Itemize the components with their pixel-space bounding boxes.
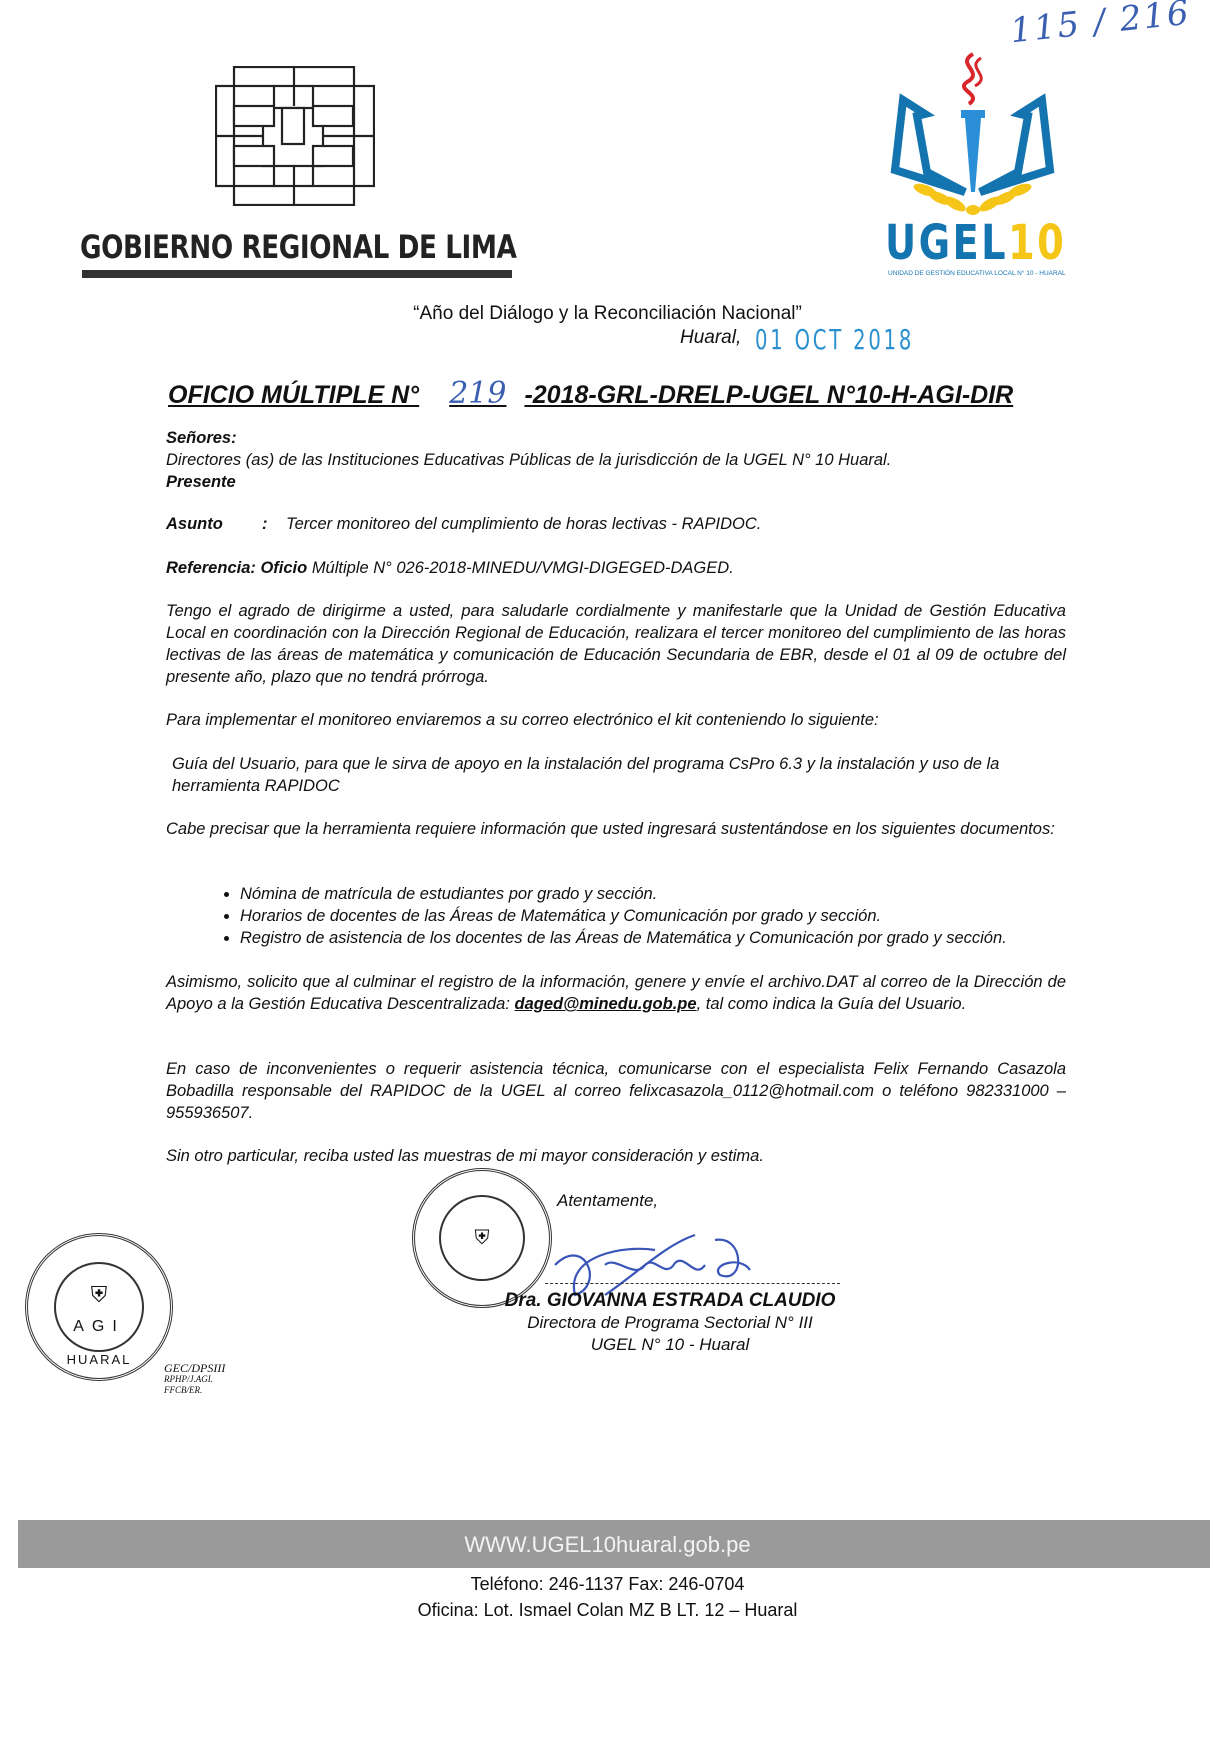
ugel-logo-wordmark: UGEL10 bbox=[885, 215, 1066, 271]
signatory-org: UGEL N° 10 - Huaral bbox=[480, 1334, 860, 1356]
agi-seal-coat-of-arms-icon: ⛨ bbox=[28, 1282, 170, 1308]
reference-initials-line: GEC/DPSIII bbox=[164, 1362, 225, 1374]
ugel-book-torch-logo-icon bbox=[885, 52, 1060, 217]
oficio-handwritten-number: 219 bbox=[449, 376, 506, 411]
agi-seal-icon: ⛨ AGI HUARAL bbox=[25, 1233, 173, 1381]
closing-salutation: Atentamente, bbox=[557, 1190, 757, 1212]
paragraph-guide: Guía del Usuario, para que le sirva de a… bbox=[172, 753, 1066, 797]
paragraph-closing: Sin otro particular, reciba usted las mu… bbox=[166, 1145, 1066, 1167]
referencia-text: Múltiple N° 026-2018-MINEDU/VMGI-DIGEGED… bbox=[312, 559, 734, 577]
signatory-title: Directora de Programa Sectorial N° III bbox=[480, 1312, 860, 1334]
reference-initials-line: FFCB/ER. bbox=[164, 1385, 225, 1396]
ugel-wordmark-part1: UGEL bbox=[885, 215, 1008, 271]
gobierno-regional-title: GOBIERNO REGIONAL DE LIMA bbox=[80, 228, 516, 266]
submit-text-after: , tal como indica la Guía del Usuario. bbox=[697, 995, 967, 1013]
oficio-prefix: OFICIO MÚLTIPLE N° bbox=[168, 381, 419, 409]
document-title: OFICIO MÚLTIPLE N°219-2018-GRL-DRELP-UGE… bbox=[168, 376, 1013, 411]
daged-email-link[interactable]: daged@minedu.gob.pe bbox=[515, 995, 697, 1013]
signature-block: Dra. GIOVANNA ESTRADA CLAUDIO Directora … bbox=[480, 1290, 860, 1356]
paragraph-kit: Para implementar el monitoreo enviaremos… bbox=[166, 709, 1066, 731]
agi-seal-center: AGI bbox=[28, 1318, 170, 1336]
footer-phone: Teléfono: 246-1137 Fax: 246-0704 bbox=[0, 1574, 1215, 1595]
date-stamp: 01 OCT 2018 bbox=[755, 323, 914, 356]
signatory-name: Dra. GIOVANNA ESTRADA CLAUDIO bbox=[480, 1290, 860, 1312]
year-motto: “Año del Diálogo y la Reconciliación Nac… bbox=[0, 303, 1215, 325]
recipients-block: Señores: Directores (as) de las Instituc… bbox=[166, 427, 1066, 493]
reference-initials: GEC/DPSIII RPHP/J.AGI. FFCB/ER. bbox=[164, 1362, 225, 1396]
asunto-block: Asunto:Tercer monitoreo del cumplimiento… bbox=[166, 513, 1066, 535]
footer-office: Oficina: Lot. Ismael Colan MZ B LT. 12 –… bbox=[0, 1600, 1215, 1621]
list-item: Horarios de docentes de las Áreas de Mat… bbox=[240, 905, 1066, 927]
list-item: Nómina de matrícula de estudiantes por g… bbox=[240, 883, 1066, 905]
title-underline-bar bbox=[82, 270, 512, 278]
oficio-suffix: -2018-GRL-DRELP-UGEL N°10-H-AGI-DIR bbox=[524, 381, 1013, 409]
direction-seal-icon: ⛨ bbox=[412, 1168, 552, 1308]
signature-line bbox=[545, 1283, 840, 1284]
presente-label: Presente bbox=[166, 473, 236, 491]
asunto-text: Tercer monitoreo del cumplimiento de hor… bbox=[286, 515, 761, 533]
ugel-logo-subtitle: UNIDAD DE GESTIÓN EDUCATIVA LOCAL N° 10 … bbox=[888, 270, 1066, 277]
reference-initials-line: RPHP/J.AGI. bbox=[164, 1374, 225, 1385]
recipients-line: Directores (as) de las Instituciones Edu… bbox=[166, 449, 1066, 471]
referencia-label: Referencia: Oficio bbox=[166, 559, 307, 577]
gobierno-regional-logo-icon bbox=[215, 66, 375, 206]
referencia-block: Referencia: Oficio Múltiple N° 026-2018-… bbox=[166, 557, 1066, 579]
footer-website-link[interactable]: WWW.UGEL10huaral.gob.pe bbox=[0, 1532, 1215, 1558]
agi-seal-bottom: HUARAL bbox=[28, 1352, 170, 1367]
salutation: Señores: bbox=[166, 429, 237, 447]
paragraph-submit: Asimismo, solicito que al culminar el re… bbox=[166, 971, 1066, 1015]
paragraph-intro: Tengo el agrado de dirigirme a usted, pa… bbox=[166, 600, 1066, 688]
list-item: Registro de asistencia de los docentes d… bbox=[240, 927, 1066, 949]
date-place: Huaral, bbox=[680, 327, 741, 349]
ugel-wordmark-part2: 10 bbox=[1008, 215, 1066, 271]
paragraph-support: En caso de inconvenientes o requerir asi… bbox=[166, 1058, 1066, 1124]
documents-list: Nómina de matrícula de estudiantes por g… bbox=[166, 883, 1066, 949]
seal-coat-of-arms-icon: ⛨ bbox=[415, 1227, 549, 1250]
asunto-separator: : bbox=[262, 513, 286, 535]
handwritten-folio: 115 / 216 bbox=[1008, 0, 1192, 51]
asunto-label: Asunto bbox=[166, 513, 262, 535]
paragraph-documents: Cabe precisar que la herramienta requier… bbox=[166, 818, 1066, 840]
